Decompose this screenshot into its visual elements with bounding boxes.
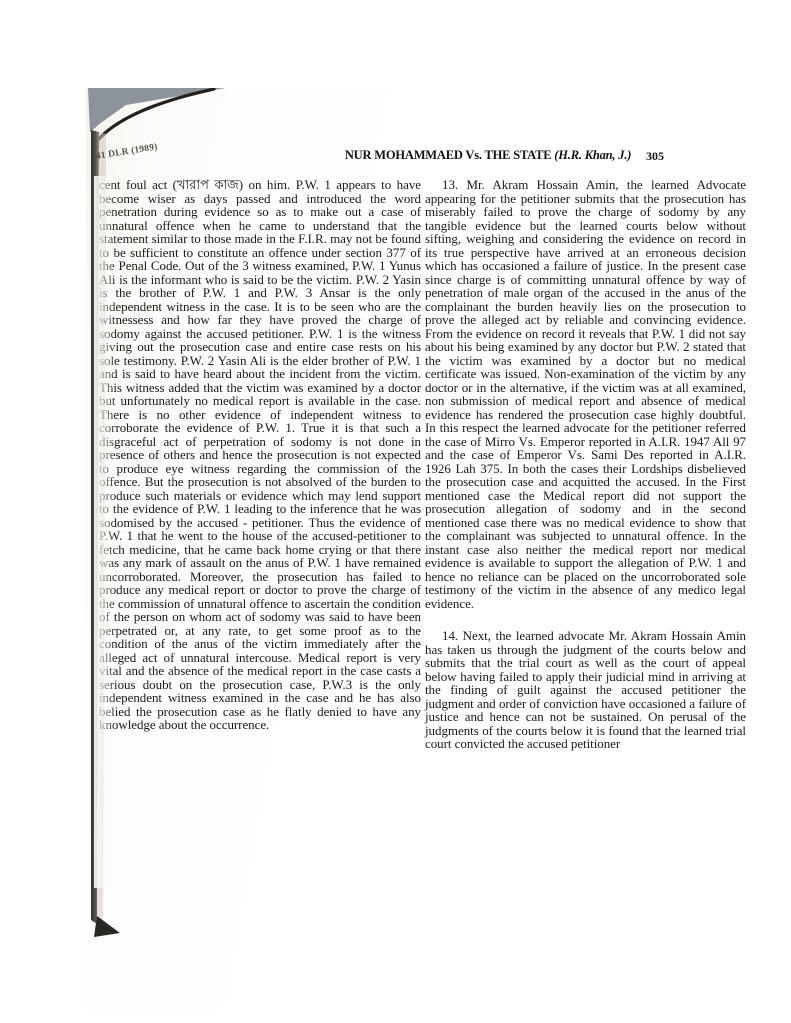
page-number: 305 (646, 149, 664, 164)
paragraph-14: 14. Next, the learned advocate Mr. Akram… (425, 629, 746, 751)
judge-name: (H.R. Khan, J.) (554, 148, 631, 162)
page-header: 41 DLR (1989) NUR MOHAMMAED Vs. THE STAT… (86, 148, 762, 170)
right-column: 13. Mr. Akram Hossain Amin, the learned … (425, 178, 746, 751)
case-title-text: NUR MOHAMMAED Vs. THE STATE (345, 148, 552, 162)
page-corner-fold (94, 916, 120, 937)
scanned-law-report-page: 41 DLR (1989) NUR MOHAMMAED Vs. THE STAT… (0, 0, 791, 1023)
page-edge-curve (98, 89, 214, 140)
page-scan: 41 DLR (1989) NUR MOHAMMAED Vs. THE STAT… (86, 88, 762, 1012)
paragraph-13: 13. Mr. Akram Hossain Amin, the learned … (425, 178, 746, 610)
case-title: NUR MOHAMMAED Vs. THE STATE (H.R. Khan, … (268, 148, 708, 163)
continuation-paragraph: cent foul act (খারাপ কাজ) on him. P.W. 1… (99, 178, 421, 732)
report-citation: 41 DLR (1989) (95, 142, 158, 162)
spine-shadow-strip (91, 130, 99, 924)
left-column: cent foul act (খারাপ কাজ) on him. P.W. 1… (99, 178, 421, 732)
scanner-background-corner (88, 88, 226, 132)
